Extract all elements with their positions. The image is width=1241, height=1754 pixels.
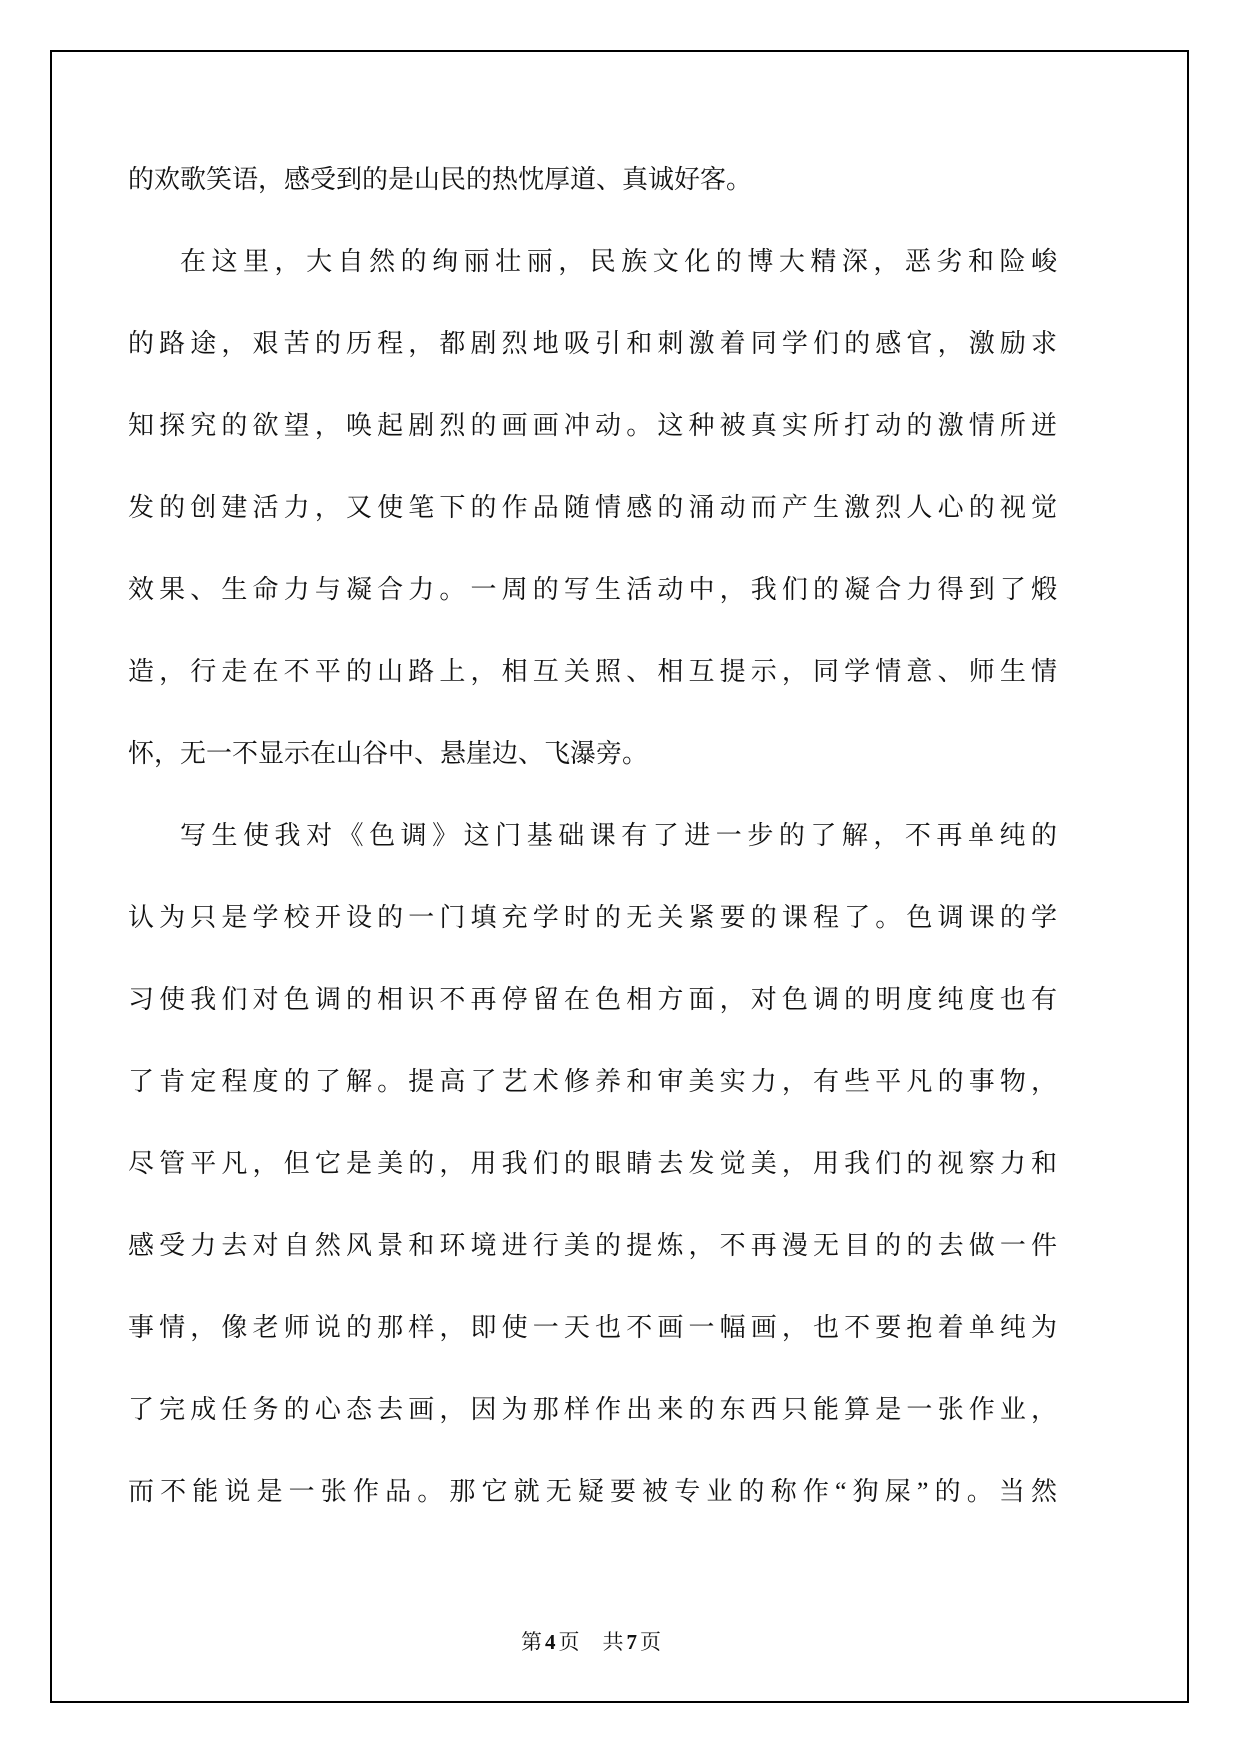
text-line: 发的创建活力，又使笔下的作品随情感的涌动而产生激烈人心的视觉 — [128, 467, 1057, 549]
text-line: 认为只是学校开设的一门填充学时的无关紧要的课程了。色调课的学 — [128, 877, 1057, 959]
text-line: 写生使我对《色调》这门基础课有了进一步的了解，不再单纯的 — [128, 795, 1057, 877]
text-line: 习使我们对色调的相识不再停留在色相方面，对色调的明度纯度也有 — [128, 959, 1057, 1041]
text-line: 知探究的欲望，唤起剧烈的画画冲动。这种被真实所打动的激情所迸 — [128, 385, 1057, 467]
text-line: 感受力去对自然风景和环境进行美的提炼，不再漫无目的的去做一件 — [128, 1205, 1057, 1287]
text-line: 了完成任务的心态去画，因为那样作出来的东西只能算是一张作业， — [128, 1369, 1057, 1451]
text-line: 的欢歌笑语，感受到的是山民的热忱厚道、真诚好客。 — [128, 139, 1057, 221]
page-number: 4 — [545, 1630, 559, 1654]
page-footer: 第4页共7页 — [128, 1622, 1057, 1662]
page-number-label-suffix: 页 — [559, 1630, 583, 1654]
text-line: 了肯定程度的了解。提高了艺术修养和审美实力，有些平凡的事物， — [128, 1041, 1057, 1123]
page-number-label-prefix: 第 — [521, 1630, 545, 1654]
text-line: 在这里，大自然的绚丽壮丽，民族文化的博大精深，恶劣和险峻 — [128, 221, 1057, 303]
text-line: 造，行走在不平的山路上，相互关照、相互提示，同学情意、师生情 — [128, 631, 1057, 713]
text-line: 而不能说是一张作品。那它就无疑要被专业的称作“狗屎”的。当然 — [128, 1451, 1057, 1533]
total-pages-label-suffix: 页 — [640, 1630, 664, 1654]
document-body: 的欢歌笑语，感受到的是山民的热忱厚道、真诚好客。 在这里，大自然的绚丽壮丽，民族… — [128, 139, 1057, 1533]
total-pages-number: 7 — [627, 1630, 641, 1654]
text-line: 的路途，艰苦的历程，都剧烈地吸引和刺激着同学们的感官，激励求 — [128, 303, 1057, 385]
text-line: 事情，像老师说的那样，即使一天也不画一幅画，也不要抱着单纯为 — [128, 1287, 1057, 1369]
text-line: 效果、生命力与凝合力。一周的写生活动中，我们的凝合力得到了煅 — [128, 549, 1057, 631]
text-line: 尽管平凡，但它是美的，用我们的眼睛去发觉美，用我们的视察力和 — [128, 1123, 1057, 1205]
text-line: 怀，无一不显示在山谷中、悬崖边、飞瀑旁。 — [128, 713, 1057, 795]
total-pages-label-prefix: 共 — [603, 1630, 627, 1654]
